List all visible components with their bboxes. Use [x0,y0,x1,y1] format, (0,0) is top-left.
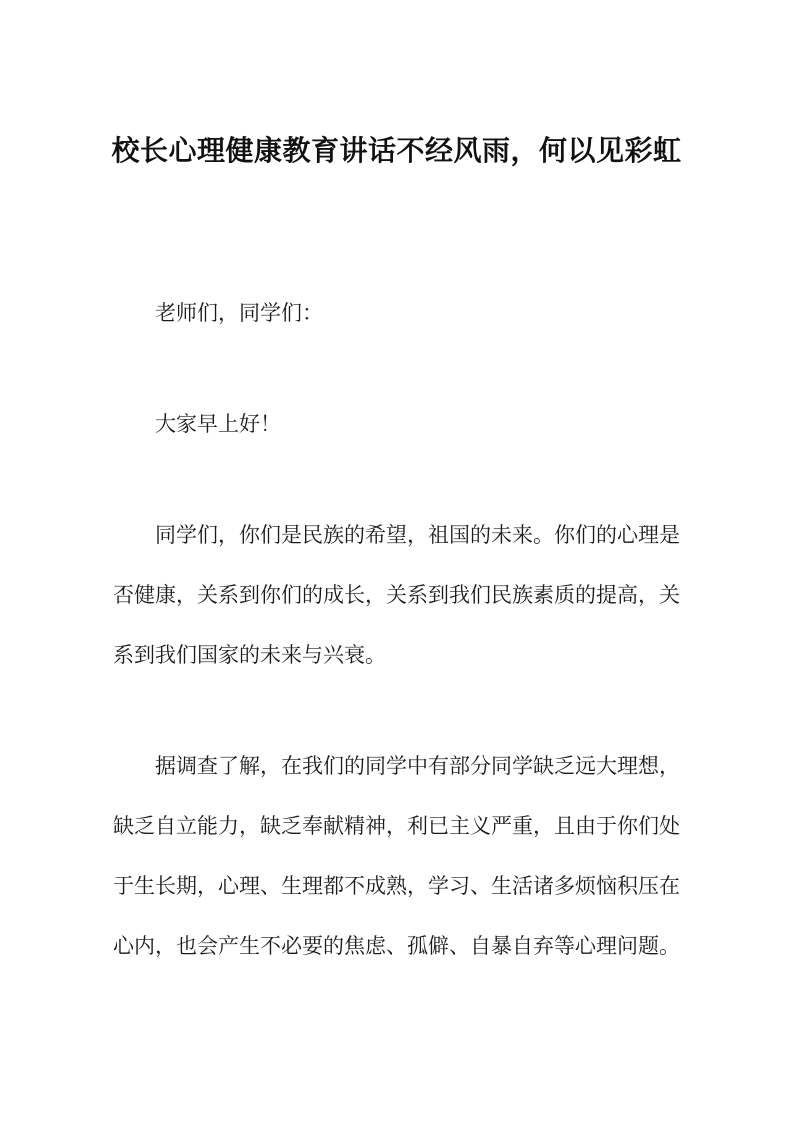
paragraph: 老师们，同学们： [113,284,680,344]
document-body: 老师们，同学们：大家早上好！同学们，你们是民族的希望，祖国的未来。你们的心理是否… [113,284,680,977]
paragraph: 据调查了解，在我们的同学中有部分同学缺乏远大理想，缺乏自立能力，缺乏奉献精神，利… [113,737,680,977]
document-page: 校长心理健康教育讲话不经风雨，何以见彩虹 老师们，同学们：大家早上好！同学们，你… [0,0,793,1122]
document-title: 校长心理健康教育讲话不经风雨，何以见彩虹 [0,0,793,169]
paragraph: 同学们，你们是民族的希望，祖国的未来。你们的心理是否健康，关系到你们的成长，关系… [113,506,680,686]
paragraph: 大家早上好！ [113,395,680,455]
